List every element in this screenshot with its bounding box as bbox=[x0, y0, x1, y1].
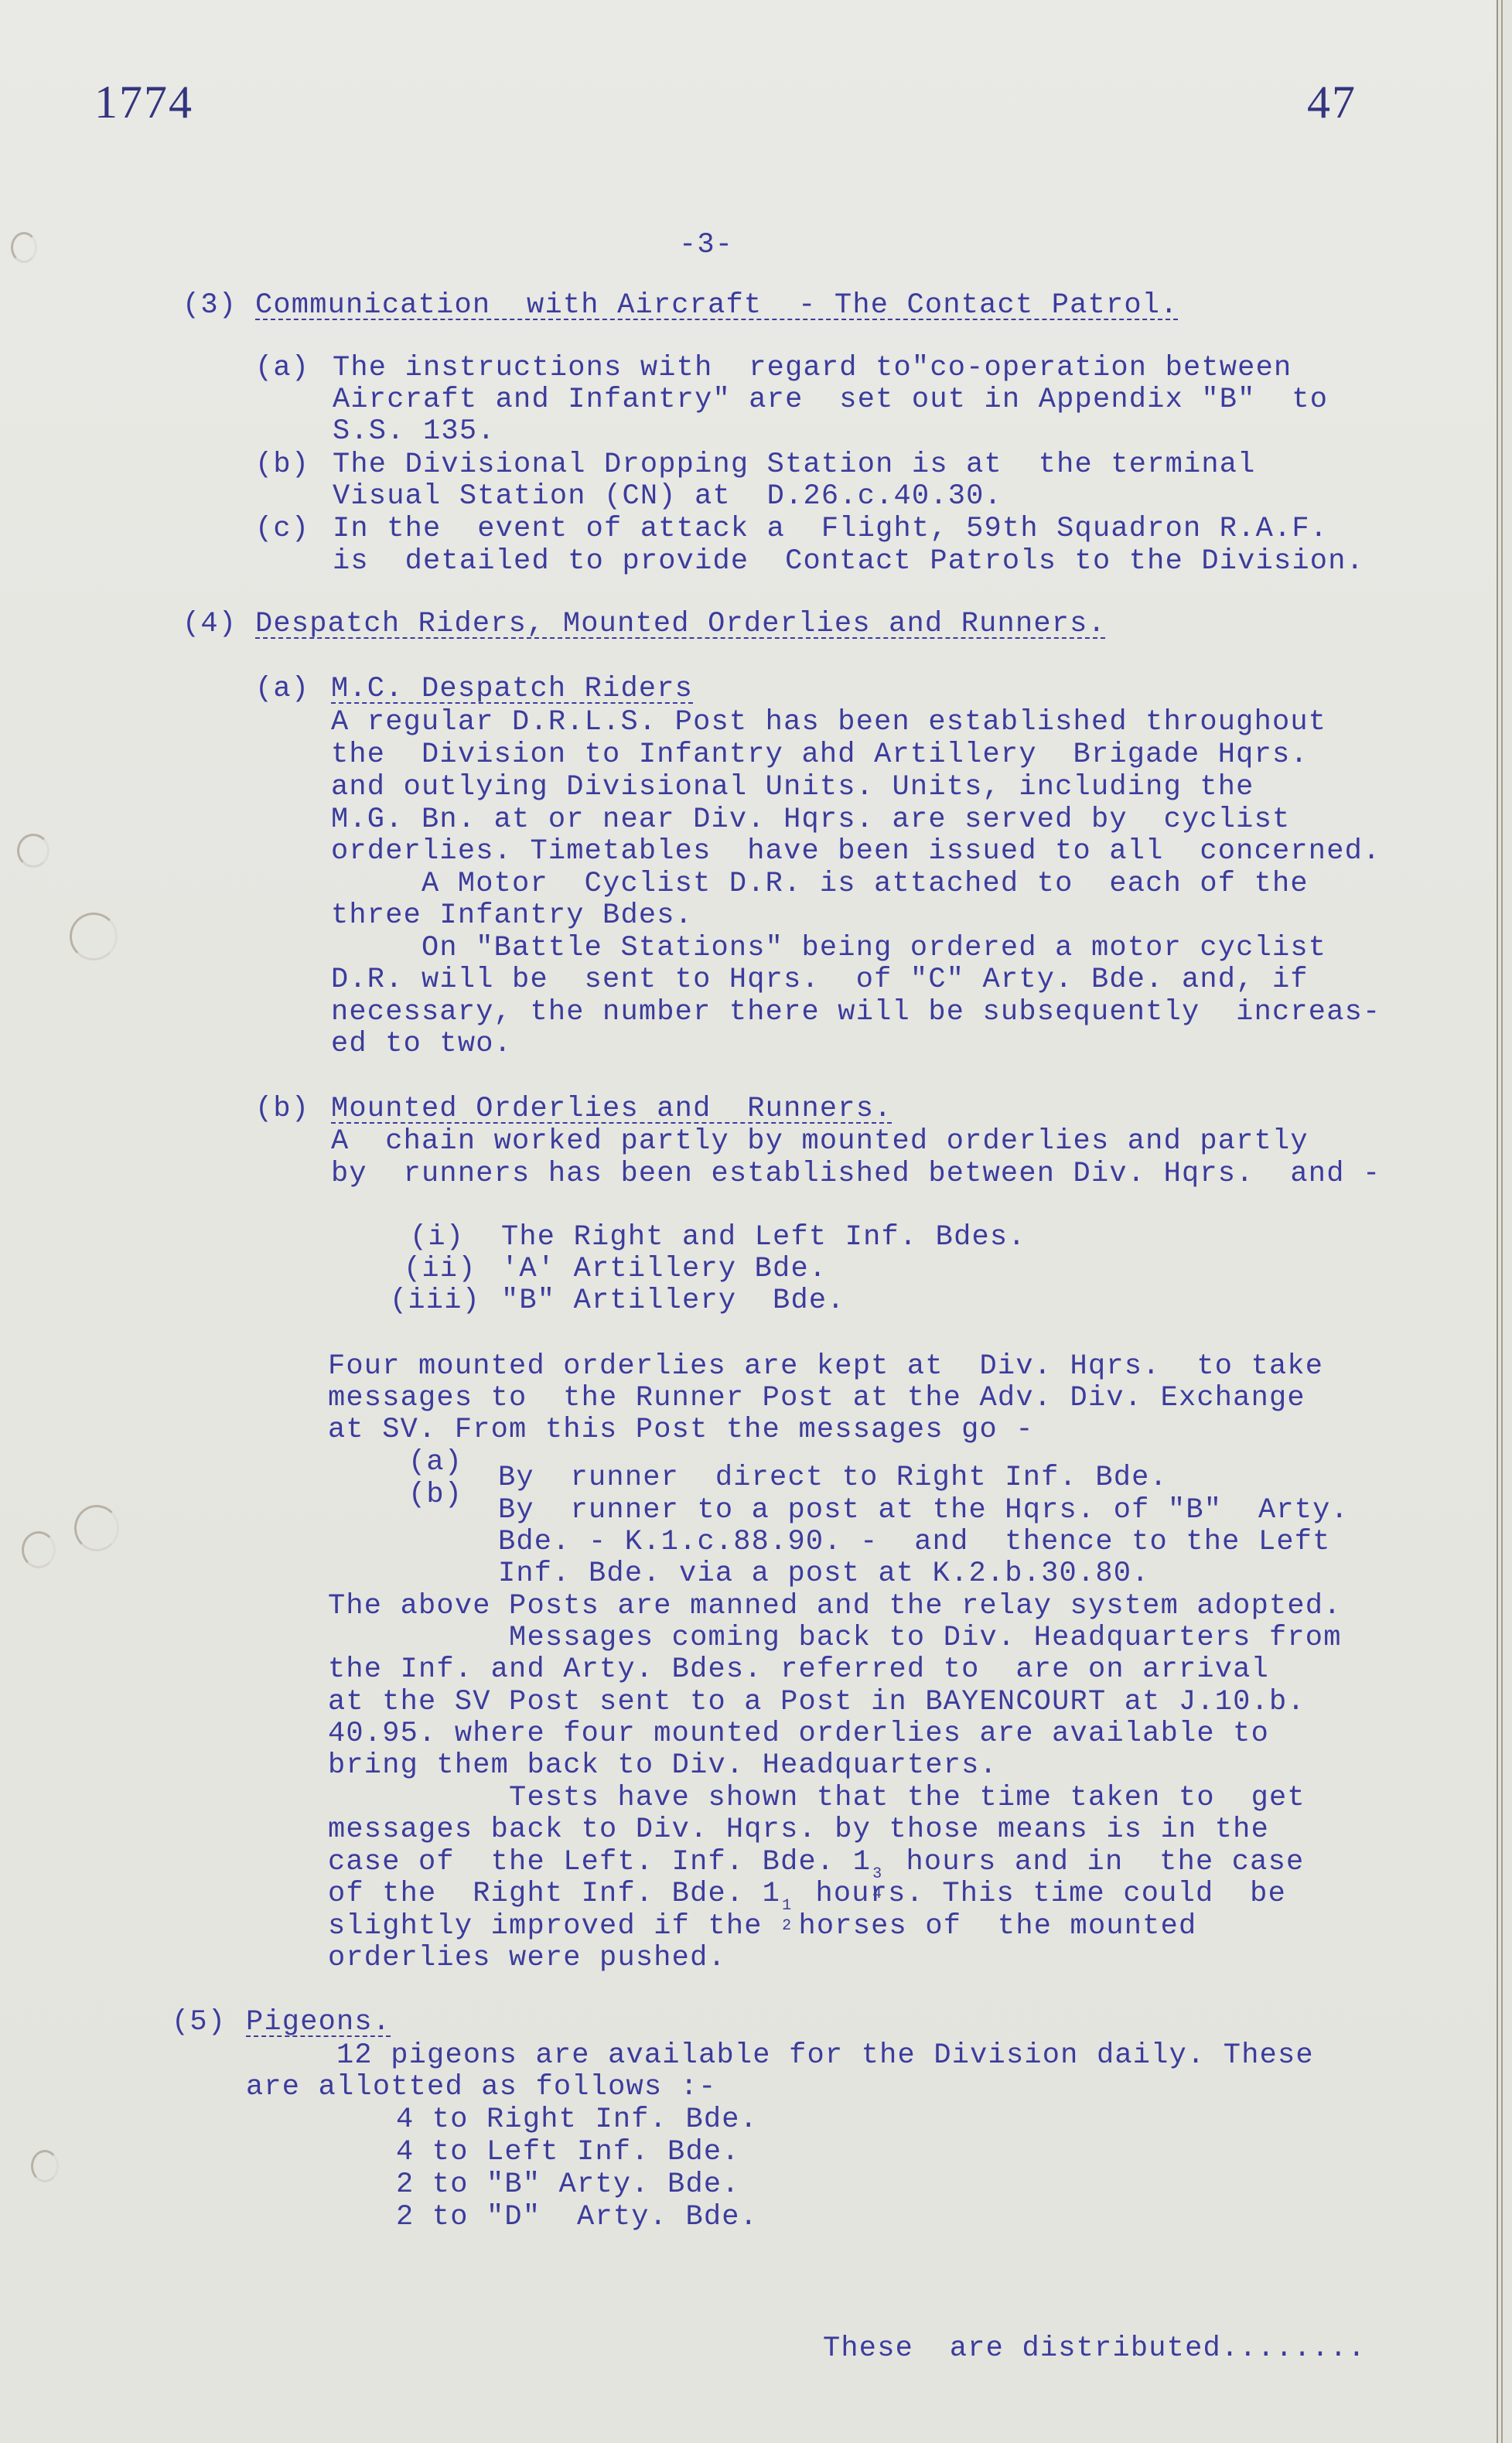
paragraph-line: 12 pigeons are available for the Divisio… bbox=[246, 2039, 1314, 2072]
allocation-line: 2 to "D" Arty. Bde. bbox=[396, 2201, 758, 2233]
punch-hole bbox=[11, 232, 37, 263]
paragraph-line: messages back to Div. Hqrs. by those mea… bbox=[328, 1813, 1269, 1846]
list-text: The Right and Left Inf. Bdes. bbox=[501, 1221, 1026, 1254]
paragraph-line: bring them back to Div. Headquarters. bbox=[328, 1749, 998, 1782]
page-number: -3- bbox=[679, 229, 733, 261]
subsection-heading: Mounted Orderlies and Runners. bbox=[331, 1093, 893, 1125]
punch-hole bbox=[70, 913, 118, 960]
item-line: The instructions with regard to"co-opera… bbox=[333, 352, 1292, 384]
punch-hole bbox=[31, 2150, 59, 2182]
paragraph-line: orderlies were pushed. bbox=[328, 1942, 726, 1974]
paragraph-line: necessary, the number there will be subs… bbox=[331, 996, 1381, 1029]
punch-hole bbox=[22, 1531, 56, 1568]
section-5-heading: Pigeons. bbox=[246, 2006, 391, 2039]
item-label: (a) bbox=[255, 352, 309, 384]
paragraph-line: by runners has been established between … bbox=[331, 1158, 1381, 1190]
paragraph-line: the Division to Infantry ahd Artillery B… bbox=[331, 739, 1309, 771]
paragraph-line: Messages coming back to Div. Headquarter… bbox=[328, 1622, 1342, 1654]
section-3-heading: Communication with Aircraft - The Contac… bbox=[255, 289, 1179, 322]
paragraph-line: at SV. From this Post the messages go - bbox=[328, 1414, 1034, 1446]
item-line: In the event of attack a Flight, 59th Sq… bbox=[333, 513, 1328, 545]
punch-hole bbox=[17, 834, 49, 868]
punch-hole bbox=[74, 1505, 119, 1551]
item-line: Visual Station (CN) at D.26.c.40.30. bbox=[333, 480, 1002, 513]
item-label: (c) bbox=[255, 513, 309, 545]
paragraph-line: at the SV Post sent to a Post in BAYENCO… bbox=[328, 1686, 1306, 1718]
paragraph-line: and outlying Divisional Units. Units, in… bbox=[331, 771, 1254, 804]
item-label: (b) bbox=[255, 449, 309, 481]
text-fragment: of the Right Inf. Bde. 1 bbox=[328, 1878, 780, 1910]
list-number: (ii) bbox=[404, 1253, 476, 1285]
continuation-note: These are distributed........ bbox=[823, 2332, 1366, 2365]
list-text: 'A' Artillery Bde. bbox=[501, 1253, 827, 1285]
section-3-number: (3) bbox=[183, 289, 237, 322]
paragraph-line: orderlies. Timetables have been issued t… bbox=[331, 835, 1381, 868]
paragraph-line: Four mounted orderlies are kept at Div. … bbox=[328, 1350, 1323, 1383]
paragraph-line: M.G. Bn. at or near Div. Hqrs. are serve… bbox=[331, 804, 1290, 836]
subsection-heading: M.C. Despatch Riders bbox=[331, 673, 693, 705]
page-edge bbox=[1501, 0, 1503, 2443]
paragraph-line: D.R. will be sent to Hqrs. of "C" Arty. … bbox=[331, 964, 1309, 996]
text-fragment: case of the Left. Inf. Bde. 1 bbox=[328, 1846, 871, 1878]
paragraph-line: of the Right Inf. Bde. 112 hours. This t… bbox=[328, 1878, 1286, 1910]
section-4-heading: Despatch Riders, Mounted Orderlies and R… bbox=[255, 608, 1106, 640]
paragraph-line: Tests have shown that the time taken to … bbox=[328, 1782, 1306, 1814]
item-line: is detailed to provide Contact Patrols t… bbox=[333, 545, 1364, 578]
reference-number-left: 1774 bbox=[94, 76, 193, 129]
paragraph-line: ed to two. bbox=[331, 1028, 512, 1060]
paragraph-line: three Infantry Bdes. bbox=[331, 899, 693, 932]
route-line: Bde. - K.1.c.88.90. - and thence to the … bbox=[498, 1526, 1331, 1558]
route-label: (a) bbox=[408, 1446, 462, 1479]
paragraph-line: slightly improved if the horses of the m… bbox=[328, 1910, 1196, 1943]
paragraph-line: A Motor Cyclist D.R. is attached to each… bbox=[331, 868, 1309, 900]
text-fragment: hours and in the case bbox=[888, 1846, 1304, 1878]
paragraph-line: case of the Left. Inf. Bde. 134 hours an… bbox=[328, 1846, 1304, 1878]
paragraph-line: A regular D.R.L.S. Post has been establi… bbox=[331, 706, 1326, 739]
item-line: S.S. 135. bbox=[333, 415, 496, 448]
list-number: (i) bbox=[410, 1221, 464, 1254]
item-line: Aircraft and Infantry" are set out in Ap… bbox=[333, 384, 1328, 416]
section-4-number: (4) bbox=[183, 608, 237, 640]
paragraph-line: messages to the Runner Post at the Adv. … bbox=[328, 1382, 1306, 1414]
subsection-label: (a) bbox=[255, 673, 309, 705]
paragraph-line: On "Battle Stations" being ordered a mot… bbox=[331, 932, 1326, 964]
allocation-line: 4 to Right Inf. Bde. bbox=[396, 2104, 758, 2136]
route-line: By runner direct to Right Inf. Bde. bbox=[498, 1462, 1168, 1494]
paragraph-line: The above Posts are manned and the relay… bbox=[328, 1590, 1342, 1622]
route-line: Inf. Bde. via a post at K.2.b.30.80. bbox=[498, 1558, 1150, 1590]
paragraph-line: are allotted as follows :- bbox=[246, 2071, 717, 2104]
subsection-label: (b) bbox=[255, 1093, 309, 1125]
list-text: "B" Artillery Bde. bbox=[501, 1285, 845, 1317]
section-5-number: (5) bbox=[172, 2006, 226, 2039]
allocation-line: 4 to Left Inf. Bde. bbox=[396, 2136, 740, 2168]
item-line: The Divisional Dropping Station is at th… bbox=[333, 449, 1256, 481]
route-label: (b) bbox=[408, 1479, 462, 1511]
paragraph-line: the Inf. and Arty. Bdes. referred to are… bbox=[328, 1653, 1269, 1686]
paragraph-line: 40.95. where four mounted orderlies are … bbox=[328, 1718, 1269, 1750]
paragraph-line: A chain worked partly by mounted orderli… bbox=[331, 1125, 1309, 1158]
text-fragment: hours. This time could be bbox=[797, 1878, 1286, 1910]
list-number: (iii) bbox=[390, 1285, 480, 1317]
allocation-line: 2 to "B" Arty. Bde. bbox=[396, 2168, 740, 2201]
route-line: By runner to a post at the Hqrs. of "B" … bbox=[498, 1494, 1349, 1527]
reference-number-right: 47 bbox=[1307, 76, 1357, 129]
